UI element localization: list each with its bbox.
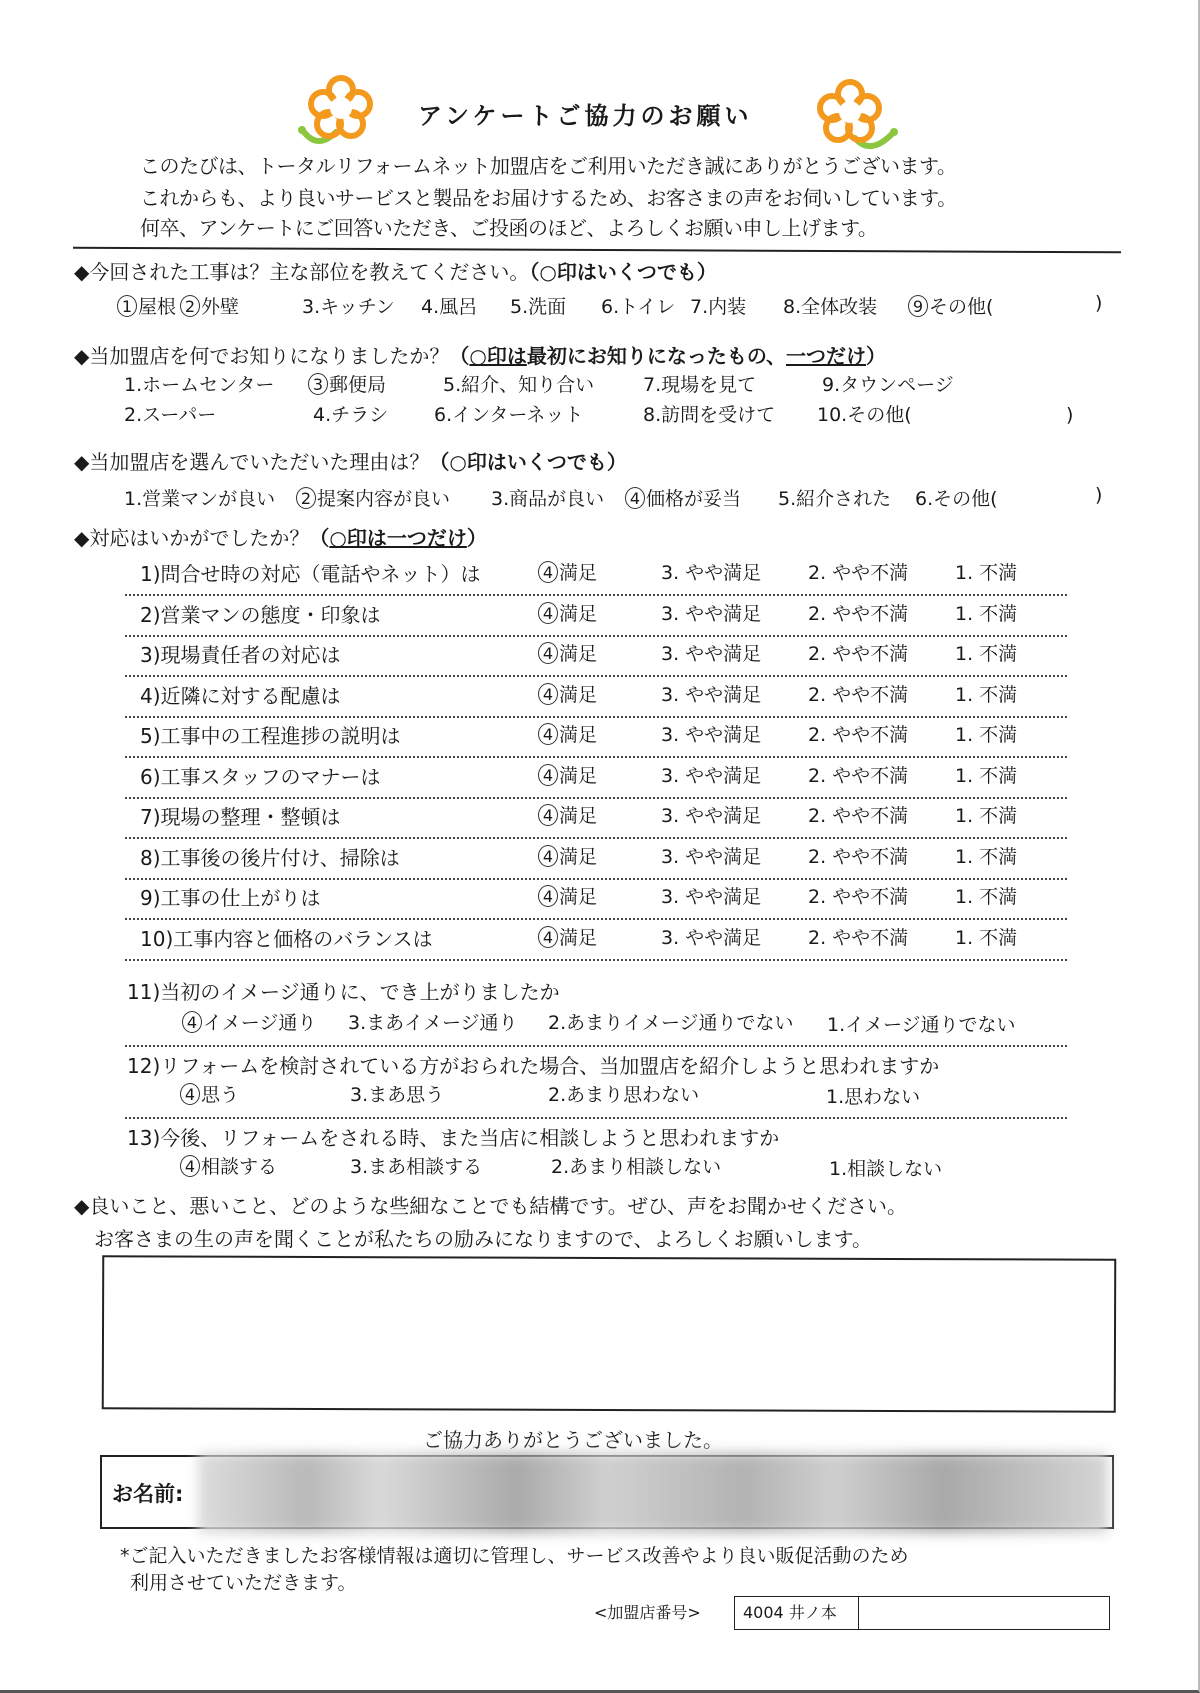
rating-option-somewhat-dissatisfied[interactable]: 2. やや不満: [808, 680, 908, 707]
selected-circle: 4: [538, 561, 558, 583]
name-redacted: [198, 1453, 1108, 1533]
q3-option-proposal[interactable]: 2提案内容が良い: [296, 484, 450, 511]
selected-circle: 4: [538, 926, 558, 948]
rating-row-label: 9)工事の仕上がりは: [140, 882, 321, 911]
q12-option-4[interactable]: 4思う: [180, 1080, 239, 1107]
rating-option-dissatisfied[interactable]: 1. 不満: [955, 842, 1017, 869]
q3-option-other[interactable]: 6.その他(: [915, 484, 998, 511]
store-number-field: 4004 井ノ本: [734, 1596, 1110, 1630]
q1-option-exterior-wall[interactable]: 2外壁: [180, 292, 239, 319]
q12-option-1[interactable]: 1.思わない: [826, 1082, 920, 1109]
q2-option-internet[interactable]: 6.インターネット: [434, 400, 583, 427]
row-divider: [125, 1117, 1067, 1119]
row-divider: [125, 959, 1067, 961]
q1-option-other[interactable]: 9その他(: [908, 292, 993, 319]
rating-option-somewhat-satisfied[interactable]: 3. やや満足: [661, 639, 761, 666]
name-label: お名前:: [112, 1478, 183, 1508]
rating-option-dissatisfied[interactable]: 1. 不満: [955, 680, 1017, 707]
thanks-message: ご協力ありがとうございました。: [423, 1424, 723, 1453]
row-divider: [125, 797, 1067, 799]
rating-option-dissatisfied[interactable]: 1. 不満: [955, 639, 1017, 666]
q2-option-flyer[interactable]: 4.チラシ: [313, 400, 388, 427]
q4-heading: ◆対応はいかがでしたか？（○印は一つだけ）: [74, 522, 487, 551]
flower-right-icon: [810, 78, 900, 158]
rating-option-somewhat-satisfied[interactable]: 3. やや満足: [661, 720, 761, 747]
rating-row-label: 10)工事内容と価格のバランスは: [140, 923, 433, 952]
row-divider: [125, 635, 1067, 637]
q2-option-supermarket[interactable]: 2.スーパー: [124, 400, 216, 427]
rating-option-satisfied[interactable]: 4満足: [538, 639, 597, 666]
rating-option-somewhat-satisfied[interactable]: 3. やや満足: [661, 599, 761, 626]
rating-option-dissatisfied[interactable]: 1. 不満: [955, 923, 1017, 950]
intro-line-2: これからも、より良いサービスと製品をお届けするため、お客さまの声をお伺いしていま…: [140, 182, 957, 211]
rating-option-somewhat-dissatisfied[interactable]: 2. やや不満: [808, 558, 908, 585]
q11-label: 11)当初のイメージ通りに、でき上がりましたか: [127, 976, 560, 1005]
q3-option-price[interactable]: 4価格が妥当: [625, 484, 741, 511]
row-divider: [125, 918, 1067, 920]
rating-option-satisfied[interactable]: 4満足: [538, 923, 597, 950]
flower-left-icon: [296, 70, 386, 150]
rating-option-somewhat-satisfied[interactable]: 3. やや満足: [661, 558, 761, 585]
selected-circle: 4: [538, 845, 558, 867]
q2-option-referral[interactable]: 5.紹介、知り合い: [443, 370, 594, 397]
selected-circle: 4: [538, 764, 558, 786]
q1-option-roof[interactable]: 1屋根: [117, 292, 176, 319]
rating-option-somewhat-satisfied[interactable]: 3. やや満足: [661, 680, 761, 707]
rating-option-somewhat-dissatisfied[interactable]: 2. やや不満: [808, 923, 908, 950]
q2-option-town-page[interactable]: 9.タウンページ: [822, 370, 954, 397]
q3-option-product[interactable]: 3.商品が良い: [491, 484, 604, 511]
rating-row-label: 4)近隣に対する配慮は: [140, 680, 341, 709]
intro-line-1: このたびは、トータルリフォームネット加盟店をご利用いただき誠にありがとうございま…: [140, 150, 956, 179]
q13-option-2[interactable]: 2.あまり相談しない: [551, 1152, 721, 1179]
selected-circle: 4: [538, 683, 558, 705]
privacy-note-line-2: 利用させていただきます。: [130, 1568, 356, 1595]
selected-circle: 4: [538, 602, 558, 624]
rating-option-satisfied[interactable]: 4満足: [538, 680, 597, 707]
row-divider: [125, 594, 1067, 596]
q2-option-other[interactable]: 10.その他(: [817, 400, 912, 427]
rating-row-label: 2)営業マンの態度・印象は: [140, 599, 381, 628]
comments-subheading: お客さまの生の声を聞くことが私たちの励みになりますので、よろしくお願いします。: [94, 1223, 872, 1252]
rating-row-label: 8)工事後の後片付け、掃除は: [140, 842, 400, 871]
q2-other-close: ): [1066, 404, 1073, 426]
privacy-note-line-1: *ご記入いただきましたお客様情報は適切に管理し、サービス改善やより良い販促活動の…: [120, 1541, 909, 1568]
rating-option-dissatisfied[interactable]: 1. 不満: [955, 761, 1017, 788]
rating-row-label: 3)現場責任者の対応は: [140, 639, 341, 668]
q1-option-bath[interactable]: 4.風呂: [421, 292, 477, 319]
rating-option-satisfied[interactable]: 4満足: [538, 882, 597, 909]
rating-option-satisfied[interactable]: 4満足: [538, 842, 597, 869]
q12-option-3[interactable]: 3.まあ思う: [350, 1080, 444, 1107]
row-divider: [125, 756, 1067, 758]
rating-option-dissatisfied[interactable]: 1. 不満: [955, 720, 1017, 747]
q2-heading: ◆当加盟店を何でお知りになりましたか？（○印は最初にお知りになったもの、一つだけ…: [74, 340, 886, 369]
q2-option-visit[interactable]: 8.訪問を受けて: [643, 400, 775, 427]
q1-option-full-renovation[interactable]: 8.全体改装: [783, 292, 877, 319]
row-divider: [125, 837, 1067, 839]
store-number-label: <加盟店番号>: [594, 1600, 701, 1623]
selected-circle: 4: [538, 804, 558, 826]
q13-option-3[interactable]: 3.まあ相談する: [350, 1152, 482, 1179]
q3-other-close: ): [1095, 484, 1102, 506]
rating-option-satisfied[interactable]: 4満足: [538, 720, 597, 747]
q11-option-4[interactable]: 4イメージ通り: [182, 1008, 316, 1035]
q13-option-4[interactable]: 4相談する: [180, 1152, 277, 1179]
q12-option-2[interactable]: 2.あまり思わない: [548, 1080, 699, 1107]
q13-option-1[interactable]: 1.相談しない: [829, 1154, 942, 1181]
rating-option-dissatisfied[interactable]: 1. 不満: [955, 599, 1017, 626]
rating-option-somewhat-dissatisfied[interactable]: 2. やや不満: [808, 720, 908, 747]
q3-option-salesperson[interactable]: 1.営業マンが良い: [124, 484, 275, 511]
rating-row-label: 1)問合せ時の対応（電話やネット）は: [140, 558, 481, 587]
rating-option-somewhat-satisfied[interactable]: 3. やや満足: [661, 801, 761, 828]
selected-circle: 4: [538, 723, 558, 745]
rating-option-somewhat-dissatisfied[interactable]: 2. やや不満: [808, 801, 908, 828]
rating-option-satisfied[interactable]: 4満足: [538, 558, 597, 585]
rating-option-dissatisfied[interactable]: 1. 不満: [955, 801, 1017, 828]
rating-option-somewhat-dissatisfied[interactable]: 2. やや不満: [808, 761, 908, 788]
q1-heading: ◆今回された工事は？主な部位を教えてください。（○印はいくつでも）: [74, 256, 717, 285]
store-code: 4004 井ノ本: [735, 1597, 859, 1629]
rating-option-somewhat-dissatisfied[interactable]: 2. やや不満: [808, 599, 908, 626]
q12-label: 12)リフォームを検討されている方がおられた場合、当加盟店を紹介しようと思われま…: [127, 1050, 939, 1079]
rating-option-somewhat-satisfied[interactable]: 3. やや満足: [661, 761, 761, 788]
q2-option-saw-site[interactable]: 7.現場を見て: [643, 370, 756, 397]
q2-option-post-office[interactable]: 3郵便局: [308, 370, 386, 397]
q1-option-washroom[interactable]: 5.洗面: [510, 292, 566, 319]
q1-option-toilet[interactable]: 6.トイレ: [601, 292, 675, 319]
comment-textarea[interactable]: [102, 1255, 1117, 1413]
row-divider: [125, 675, 1067, 677]
q1-option-interior[interactable]: 7.内装: [690, 292, 746, 319]
rating-option-somewhat-satisfied[interactable]: 3. やや満足: [661, 923, 761, 950]
page-title: アンケートご協力のお願い: [418, 96, 753, 131]
comments-heading: ◆良いこと、悪いこと、どのような些細なことでも結構です。ぜひ、声をお聞かせくださ…: [74, 1190, 907, 1219]
rating-option-somewhat-dissatisfied[interactable]: 2. やや不満: [808, 882, 908, 909]
q3-heading: ◆当加盟店を選んでいただいた理由は？（○印はいくつでも）: [74, 446, 627, 475]
q2-option-home-center[interactable]: 1.ホームセンター: [124, 370, 274, 397]
rating-option-somewhat-dissatisfied[interactable]: 2. やや不満: [808, 842, 908, 869]
q11-option-3[interactable]: 3.まあイメージ通り: [348, 1008, 518, 1035]
q11-option-1[interactable]: 1.イメージ通りでない: [827, 1010, 1016, 1037]
rating-row-label: 5)工事中の工程進捗の説明は: [140, 720, 401, 749]
row-divider: [125, 878, 1067, 880]
q11-option-2[interactable]: 2.あまりイメージ通りでない: [548, 1008, 794, 1035]
rating-option-somewhat-satisfied[interactable]: 3. やや満足: [661, 842, 761, 869]
q3-option-referred[interactable]: 5.紹介された: [778, 484, 891, 511]
rating-option-dissatisfied[interactable]: 1. 不満: [955, 882, 1017, 909]
rating-option-satisfied[interactable]: 4満足: [538, 761, 597, 788]
rating-option-satisfied[interactable]: 4満足: [538, 599, 597, 626]
intro-line-3: 何卒、アンケートにご回答いただき、ご投函のほど、よろしくお願い申し上げます。: [140, 212, 877, 241]
rating-option-dissatisfied[interactable]: 1. 不満: [955, 558, 1017, 585]
selected-circle: 4: [538, 642, 558, 664]
q1-other-close: ): [1095, 292, 1102, 314]
rating-row-label: 7)現場の整理・整頓は: [140, 801, 341, 830]
row-divider: [125, 1045, 1067, 1047]
rating-option-satisfied[interactable]: 4満足: [538, 801, 597, 828]
rating-option-somewhat-dissatisfied[interactable]: 2. やや不満: [808, 639, 908, 666]
rating-option-somewhat-satisfied[interactable]: 3. やや満足: [661, 882, 761, 909]
row-divider: [125, 716, 1067, 718]
rating-row-label: 6)工事スタッフのマナーは: [140, 761, 381, 790]
q1-option-kitchen[interactable]: 3.キッチン: [302, 292, 395, 319]
q13-label: 13)今後、リフォームをされる時、また当店に相談しようと思われますか: [127, 1122, 779, 1151]
selected-circle: 4: [538, 885, 558, 907]
